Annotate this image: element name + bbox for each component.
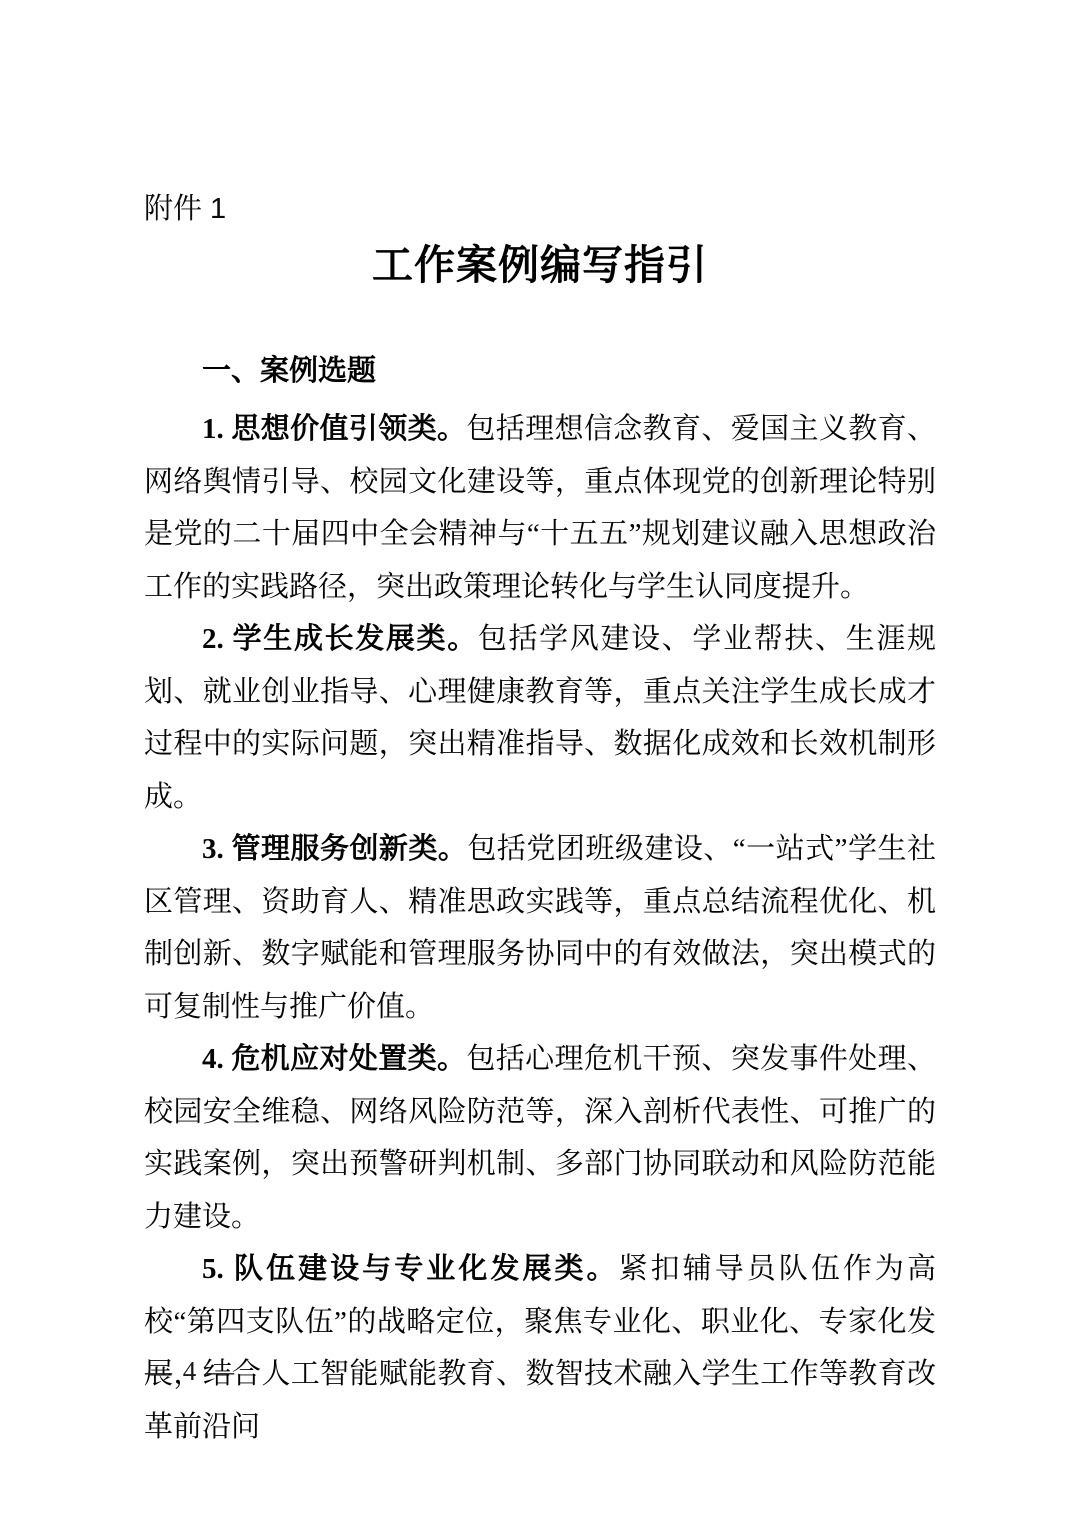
paragraph: 3. 管理服务创新类。包括党团班级建设、“一站式”学生社区管理、资助育人、精准思… — [144, 823, 936, 1033]
paragraph-lead: 5. 队伍建设与专业化发展类。 — [202, 1253, 619, 1285]
paragraph-lead: 1. 思想价值引领类。 — [202, 413, 466, 445]
document-content: 附件 1 工作案例编写指引 一、案例选题 1. 思想价值引领类。包括理想信念教育… — [144, 189, 936, 1453]
paragraph: 1. 思想价值引领类。包括理想信念教育、爱国主义教育、网络舆情引导、校园文化建设… — [144, 403, 936, 613]
section-heading: 一、案例选题 — [144, 345, 936, 397]
body-text: 1. 思想价值引领类。包括理想信念教育、爱国主义教育、网络舆情引导、校园文化建设… — [144, 403, 936, 1453]
paragraph: 2. 学生成长发展类。包括学风建设、学业帮扶、生涯规划、就业创业指导、心理健康教… — [144, 613, 936, 823]
paragraph: 4. 危机应对处置类。包括心理危机干预、突发事件处理、校园安全维稳、网络风险防范… — [144, 1033, 936, 1243]
paragraph-lead: 4. 危机应对处置类。 — [202, 1043, 466, 1075]
page-number: — 4 — — [145, 1356, 236, 1387]
document-page: 附件 1 工作案例编写指引 一、案例选题 1. 思想价值引领类。包括理想信念教育… — [0, 0, 1080, 1527]
page-title: 工作案例编写指引 — [144, 235, 936, 295]
paragraph-lead: 2. 学生成长发展类。 — [202, 623, 478, 655]
paragraph: 5. 队伍建设与专业化发展类。紧扣辅导员队伍作为高校“第四支队伍”的战略定位，聚… — [144, 1243, 936, 1453]
paragraph-lead: 3. 管理服务创新类。 — [202, 833, 467, 865]
attachment-label: 附件 1 — [144, 189, 936, 229]
